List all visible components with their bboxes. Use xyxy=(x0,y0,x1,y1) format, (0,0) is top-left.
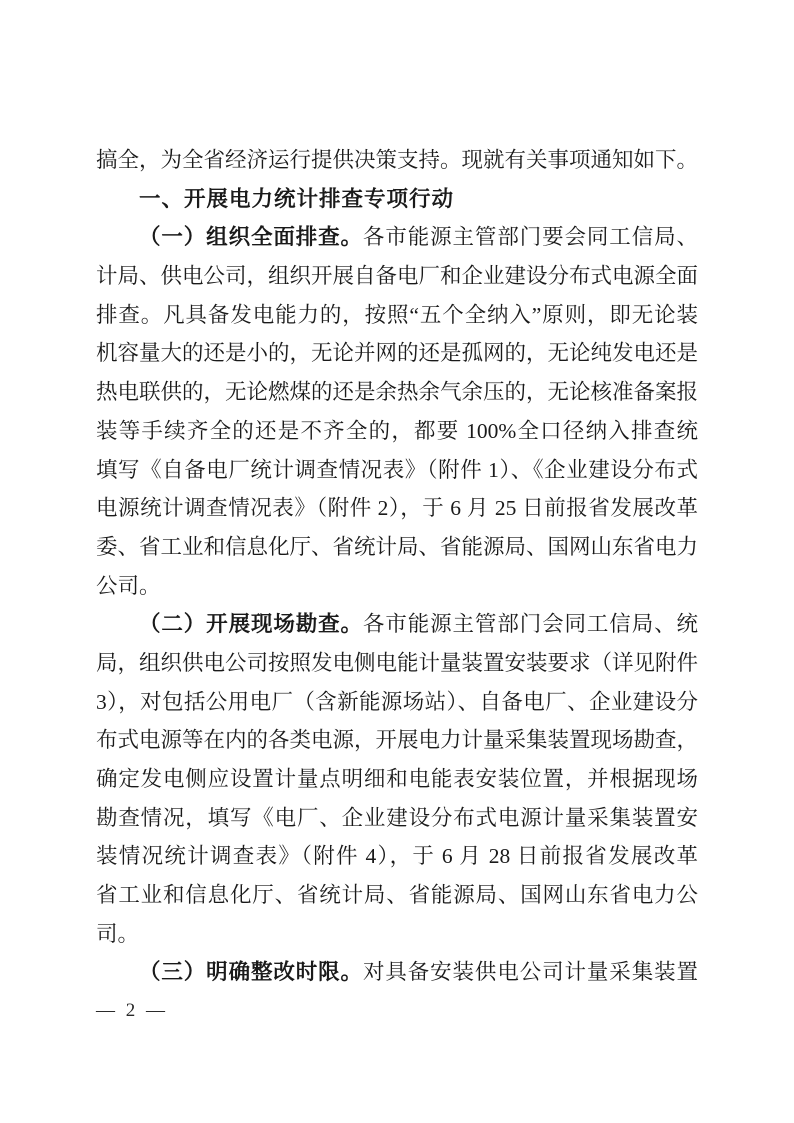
body-text: 热电联供的，无论燃煤的还是余热余气余压的，无论核准备案报 xyxy=(96,380,698,404)
body-text: 局，组织供电公司按照发电侧电能计量装置安装要求（详见附件 xyxy=(96,651,698,675)
text-line: 确定发电侧应设置计量点明细和电能表安装位置，并根据现场 xyxy=(96,760,698,799)
text-line: 机容量大的还是小的，无论并网的还是孤网的，无论纯发电还是 xyxy=(96,334,698,373)
text-line: 热电联供的，无论燃煤的还是余热余气余压的，无论核准备案报 xyxy=(96,373,698,412)
subsection-heading-text: （三）明确整改时限。 xyxy=(139,960,363,984)
text-line: （二）开展现场勘查。各市能源主管部门会同工信局、统计 xyxy=(96,605,698,644)
body-text: 布式电源等在内的各类电源，开展电力计量采集装置现场勘查， xyxy=(96,728,698,752)
text-line: 搞全，为全省经济运行提供决策支持。现就有关事项通知如下。 xyxy=(96,141,698,180)
text-line: 一、开展电力统计排查专项行动 xyxy=(96,180,698,219)
text-line: 省工业和信息化厅、省统计局、省能源局、国网山东省电力公 xyxy=(96,876,698,915)
text-line: 布式电源等在内的各类电源，开展电力计量采集装置现场勘查， xyxy=(96,721,698,760)
body-text: 公司。 xyxy=(96,574,161,598)
document-body: 搞全，为全省经济运行提供决策支持。现就有关事项通知如下。一、开展电力统计排查专项… xyxy=(96,141,698,992)
text-line: 局，组织供电公司按照发电侧电能计量装置安装要求（详见附件 xyxy=(96,644,698,683)
body-text: 装情况统计调查表》（附件 4），于 6 月 28 日前报省发展改革委、 xyxy=(96,844,698,876)
body-text: 司。 xyxy=(96,922,139,946)
body-text: 勘查情况，填写《电厂、企业建设分布式电源计量采集装置安 xyxy=(96,806,698,830)
body-text: 计局、供电公司，组织开展自备电厂和企业建设分布式电源全面 xyxy=(96,264,698,288)
body-text: 委、省工业和信息化厅、省统计局、省能源局、国网山东省电力 xyxy=(96,535,698,559)
body-text: 省工业和信息化厅、省统计局、省能源局、国网山东省电力公 xyxy=(96,883,698,907)
body-text: 电源统计调查情况表》（附件 2），于 6 月 25 日前报省发展改革 xyxy=(96,496,698,520)
body-text: 确定发电侧应设置计量点明细和电能表安装位置，并根据现场 xyxy=(96,767,698,791)
text-line: 电源统计调查情况表》（附件 2），于 6 月 25 日前报省发展改革 xyxy=(96,489,698,528)
text-line: （一）组织全面排查。各市能源主管部门要会同工信局、统 xyxy=(96,218,698,257)
text-line: 装情况统计调查表》（附件 4），于 6 月 28 日前报省发展改革委、 xyxy=(96,837,698,876)
text-line: 委、省工业和信息化厅、省统计局、省能源局、国网山东省电力 xyxy=(96,528,698,567)
text-line: （三）明确整改时限。对具备安装供电公司计量采集装置条 xyxy=(96,953,698,992)
subsection-heading-text: （二）开展现场勘查。 xyxy=(139,612,363,636)
text-line: 计局、供电公司，组织开展自备电厂和企业建设分布式电源全面 xyxy=(96,257,698,296)
body-text: 机容量大的还是小的，无论并网的还是孤网的，无论纯发电还是 xyxy=(96,341,698,365)
body-text: 填写《自备电厂统计调查情况表》（附件 1）、《企业建设分布式 xyxy=(96,458,698,482)
body-text: 装等手续齐全的还是不齐全的，都要 100%全口径纳入排查统计， xyxy=(96,419,698,451)
subsection-heading-text: （一）组织全面排查。 xyxy=(139,225,363,249)
body-text: 排查。凡具备发电能力的，按照“五个全纳入”原则，即无论装 xyxy=(96,303,698,327)
body-text: 搞全，为全省经济运行提供决策支持。现就有关事项通知如下。 xyxy=(96,148,698,172)
text-line: 勘查情况，填写《电厂、企业建设分布式电源计量采集装置安 xyxy=(96,799,698,838)
document-page: 搞全，为全省经济运行提供决策支持。现就有关事项通知如下。一、开展电力统计排查专项… xyxy=(0,0,794,1123)
section-heading-text: 一、开展电力统计排查专项行动 xyxy=(139,187,454,211)
body-text: 3），对包括公用电厂（含新能源场站）、自备电厂、企业建设分 xyxy=(96,690,698,714)
text-line: 排查。凡具备发电能力的，按照“五个全纳入”原则，即无论装 xyxy=(96,296,698,335)
text-line: 3），对包括公用电厂（含新能源场站）、自备电厂、企业建设分 xyxy=(96,683,698,722)
text-line: 填写《自备电厂统计调查情况表》（附件 1）、《企业建设分布式 xyxy=(96,451,698,490)
page-number: — 2 — xyxy=(96,1000,168,1022)
text-line: 司。 xyxy=(96,915,698,954)
text-line: 装等手续齐全的还是不齐全的，都要 100%全口径纳入排查统计， xyxy=(96,412,698,451)
text-line: 公司。 xyxy=(96,567,698,606)
